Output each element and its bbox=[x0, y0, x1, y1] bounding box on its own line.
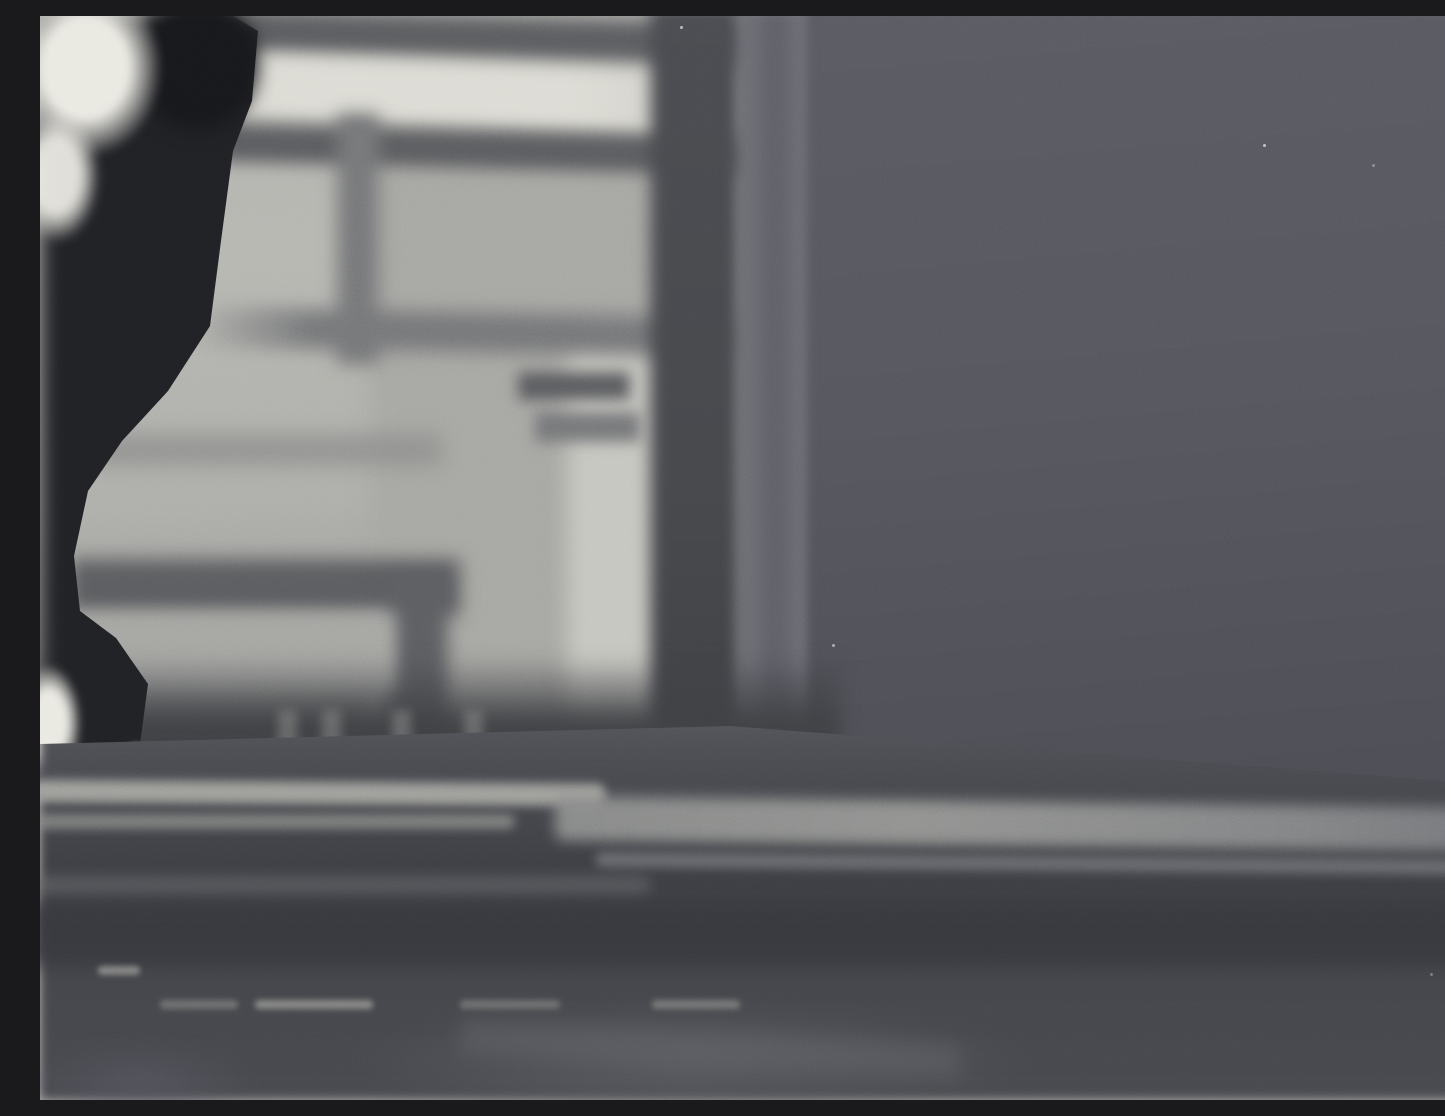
rail-highlight-right bbox=[555, 796, 1445, 851]
lower-panel-face bbox=[70, 612, 395, 694]
rail-highlight-thin bbox=[595, 852, 1445, 875]
scratch-mark bbox=[460, 1000, 560, 1009]
moulding-highlight bbox=[144, 51, 746, 136]
pilaster-dark-band bbox=[650, 16, 742, 751]
bright-panel-column bbox=[567, 331, 672, 751]
rail-highlight-faint bbox=[40, 876, 650, 896]
horizontal-groove-upper bbox=[40, 119, 745, 176]
film-grain-overlay bbox=[40, 16, 1445, 1100]
rail-dark-band bbox=[40, 900, 1445, 966]
bottom-rail bbox=[40, 706, 1445, 1100]
figure-cuff-highlight bbox=[124, 742, 148, 770]
reflection-streak bbox=[278, 710, 297, 758]
figure-head-highlight bbox=[40, 16, 163, 158]
reflection-streak bbox=[464, 710, 483, 758]
figure-head-dark bbox=[136, 16, 258, 130]
dark-wall bbox=[808, 16, 1445, 796]
dust-specks bbox=[1263, 144, 1266, 147]
reflection-streak bbox=[392, 710, 411, 758]
bottom-left-mottling bbox=[40, 1042, 260, 1100]
rail-highlight-left-2 bbox=[40, 814, 515, 829]
pilaster-mid-band bbox=[736, 16, 828, 751]
top-moulding-shadow bbox=[212, 16, 743, 65]
photograph bbox=[40, 16, 1445, 1100]
shadow-under-panelling bbox=[40, 656, 840, 764]
scratch-mark bbox=[98, 966, 140, 975]
recessed-panel bbox=[370, 144, 690, 759]
reflection-streak bbox=[322, 710, 341, 758]
vertical-groove-lower bbox=[386, 574, 448, 754]
figure-silhouette bbox=[40, 16, 1445, 1100]
scratch-mark bbox=[160, 1000, 238, 1009]
scratch-mark bbox=[255, 1000, 373, 1009]
panelled-wall bbox=[40, 16, 860, 796]
bottom-diagonal-streak bbox=[459, 1019, 960, 1079]
vertical-groove-upper bbox=[337, 114, 379, 364]
faint-groove bbox=[92, 434, 442, 466]
figure-collar-highlight bbox=[40, 108, 100, 243]
panel-corner-shadow bbox=[518, 372, 630, 400]
scratch-mark bbox=[652, 1000, 740, 1009]
bottom-mottling bbox=[340, 1002, 1040, 1100]
horizontal-groove-lower bbox=[70, 559, 460, 615]
panel-corner-shadow bbox=[535, 412, 640, 442]
horizontal-groove-middle bbox=[188, 307, 749, 358]
rail-highlight-left bbox=[40, 780, 605, 806]
figure-hand-highlight bbox=[40, 664, 82, 782]
